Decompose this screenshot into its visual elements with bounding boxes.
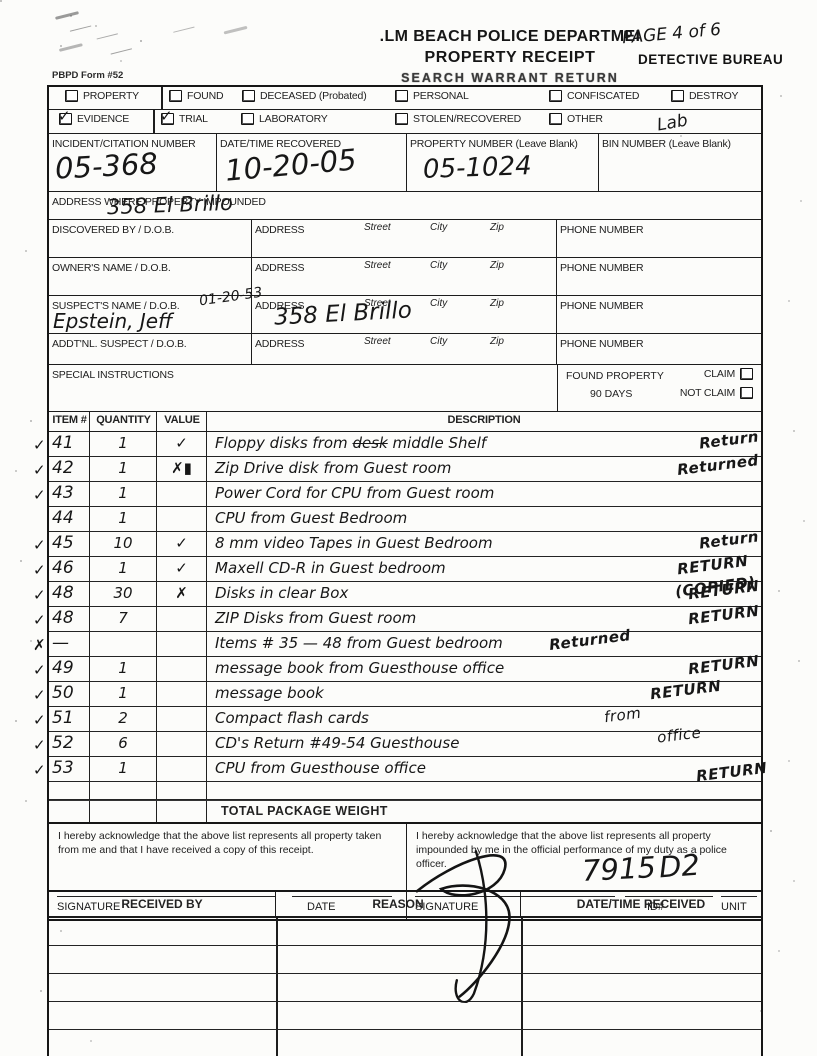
property-number-field: PROPERTY NUMBER (Leave Blank) 05-1024 [407,134,599,191]
scan-noise [0,0,2,2]
handwritten-continuation: from [603,702,643,728]
item-quantity: 2 [90,707,157,731]
item-quantity: 1 [90,507,157,531]
item-number: 48 [49,607,90,631]
checkbox-icon [549,90,562,102]
date-recovered-field: DATE/TIME RECOVERED 10-20-05 [217,134,407,191]
checkbox-icon [65,90,78,102]
item-row: ✓421✗▮Zip Drive disk from Guest roomRetu… [49,457,761,482]
checkbox-icon [395,113,408,125]
item-value [157,732,207,756]
detective-bureau-label: DETECTIVE BUREAU [638,52,783,67]
item-quantity: 1 [90,682,157,706]
item-description: ZIP Disks from Guest roomRETURN [207,607,761,631]
item-row: ✓501message bookRETURN [49,682,761,707]
checkbox-stolen-recovered: STOLEN/RECOVERED [395,113,521,125]
item-number: 52 [49,732,90,756]
item-description: Maxell CD-R in Guest bedroomRETURN (COPI… [207,557,761,581]
item-description: CD's Return #49-54 Guesthouseoffice [207,732,761,756]
checkbox-property: PROPERTY [65,90,139,102]
item-value [157,482,207,506]
item-quantity: 30 [90,582,157,606]
item-description: CPU from Guesthouse officeRETURN [207,757,761,781]
received-header-row: RECEIVED BY REASON DATE/TIME RECEIVED [49,892,761,918]
item-value: ✗▮ [157,457,207,481]
suspect-name-value: Epstein, Jeff [53,309,172,333]
item-row: 441CPU from Guest Bedroom [49,507,761,532]
description-header: DESCRIPTION [207,414,761,426]
item-quantity: 7 [90,607,157,631]
property-number-value: 05-1024 [423,151,533,185]
margin-checkmark: ✓ [33,609,46,631]
incident-number-field: INCIDENT/CITATION NUMBER 05-368 [49,134,217,191]
checkbox-laboratory: LABORATORY [241,113,328,125]
margin-checkmark: ✓ [33,534,46,556]
item-row: ✓461✓Maxell CD-R in Guest bedroomRETURN … [49,557,761,582]
received-by-header: RECEIVED BY [49,892,276,916]
item-number: 53 [49,757,90,781]
incident-number-value: 05-368 [54,146,158,185]
item-description: Zip Drive disk from Guest roomReturned [207,457,761,481]
property-receipt-form: PROPERTY FOUND DECEASED (Probated) PERSO… [47,85,763,921]
item-number: 43 [49,482,90,506]
officer-unit-value: D2 [658,848,701,885]
officer-signature-scribble [403,829,565,1014]
item-value: ✓ [157,432,207,456]
divider [153,110,155,133]
item-quantity [90,632,157,656]
checkbox-icon [395,90,408,102]
item-value [157,607,207,631]
item-value [157,707,207,731]
checkbox-icon [169,90,182,102]
checkbox-claim: CLAIM [704,368,753,380]
item-description: Power Cord for CPU from Guest room [207,482,761,506]
officer-id-value: 7915 [581,850,656,888]
discovered-by-row: DISCOVERED BY / D.O.B. ADDRESS Street Ci… [49,220,761,258]
margin-checkmark: ✓ [33,734,46,756]
special-instructions-row: SPECIAL INSTRUCTIONS FOUND PROPERTY 90 D… [49,365,761,412]
item-quantity: 1 [90,482,157,506]
suspect-row: SUSPECT'S NAME / D.O.B. 01-20-53 Epstein… [49,296,761,334]
item-value [157,507,207,531]
classification-row-1: PROPERTY FOUND DECEASED (Probated) PERSO… [49,87,761,110]
checkbox-not-claim: NOT CLAIM [680,387,753,399]
received-row [49,1030,761,1056]
item-number: 51 [49,707,90,731]
item-number: 45 [49,532,90,556]
item-quantity: 1 [90,432,157,456]
margin-checkmark: ✓ [33,709,46,731]
checkbox-trial: TRIAL✓ [161,113,208,125]
item-number: — [49,632,90,656]
item-value [157,657,207,681]
checkbox-deceased: DECEASED (Probated) [242,90,367,102]
item-number: 49 [49,657,90,681]
item-value: ✗ [157,582,207,606]
checkbox-other: OTHER [549,113,603,125]
checkbox-icon [671,90,684,102]
address-impounded-row: ADDRESS WHERE PROPERTY IMPOUNDED 358 El … [49,192,761,220]
item-description: CPU from Guest Bedroom [207,507,761,531]
item-number: 42 [49,457,90,481]
item-row: ✓491message book from Guesthouse officeR… [49,657,761,682]
item-quantity: 1 [90,757,157,781]
item-description: 8 mm video Tapes in Guest BedroomReturn [207,532,761,556]
item-row-empty [49,782,761,800]
item-description: message book from Guesthouse officeRETUR… [207,657,761,681]
ink-smudge [55,11,79,20]
item-value: ✓ [157,557,207,581]
item-row: ✓512Compact flash cardsfrom [49,707,761,732]
item-quantity: 1 [90,557,157,581]
item-quantity: 6 [90,732,157,756]
owner-row: OWNER'S NAME / D.O.B. ADDRESS Street Cit… [49,258,761,296]
total-package-weight-label: TOTAL PACKAGE WEIGHT [215,801,388,818]
item-value [157,632,207,656]
item-description: Floppy disks from desk middle ShelfRetur… [207,432,761,456]
quantity-header: QUANTITY [90,414,157,426]
item-quantity: 10 [90,532,157,556]
item-row: ✓526CD's Return #49-54 Guesthouseoffice [49,732,761,757]
checkbox-confiscated: CONFISCATED [549,90,639,102]
margin-checkmark: ✗ [33,634,46,656]
items-header-row: ITEM # QUANTITY VALUE DESCRIPTION [49,412,761,432]
item-row: ✓4830✗Disks in clear BoxRETURN [49,582,761,607]
scanned-property-receipt-page: PBPD Form #52 .LM BEACH POLICE DEPARTMEI… [0,0,817,1056]
handwritten-lab-note: Lab [655,110,689,135]
item-number: 50 [49,682,90,706]
value-header: VALUE [157,414,207,426]
margin-checkmark: ✓ [33,484,46,506]
item-row: ✓531CPU from Guesthouse officeRETURN [49,757,761,782]
item-row-struck: ✗—Items # 35 — 48 from Guest bedroomRetu… [49,632,761,657]
checkbox-icon [242,90,255,102]
item-number: 44 [49,507,90,531]
margin-checkmark: ✓ [33,434,46,456]
incident-info-row: INCIDENT/CITATION NUMBER 05-368 DATE/TIM… [49,134,761,192]
item-number: 41 [49,432,90,456]
checkbox-destroy: DESTROY [671,90,738,102]
address-impounded-value: 358 El Brillo [107,191,234,219]
checkbox-evidence: EVIDENCE✓ [59,113,129,125]
item-quantity: 1 [90,457,157,481]
item-row: ✓411✓Floppy disks from desk middle Shelf… [49,432,761,457]
form-number: PBPD Form #52 [52,70,123,81]
margin-checkmark: ✓ [33,559,46,581]
divider [161,87,163,109]
item-description: Items # 35 — 48 from Guest bedroomReturn… [207,632,761,656]
handwritten-office-note: office [655,721,702,748]
item-quantity: 1 [90,657,157,681]
item-number: 48 [49,582,90,606]
checkbox-icon [241,113,254,125]
item-value [157,757,207,781]
item-row: ✓487ZIP Disks from Guest roomRETURN [49,607,761,632]
item-value [157,682,207,706]
item-description: Disks in clear BoxRETURN [207,582,761,606]
classification-row-2: EVIDENCE✓ TRIAL✓ LABORATORY STOLEN/RECOV… [49,110,761,134]
item-number-header: ITEM # [49,414,90,426]
checkbox-found: FOUND [169,90,223,102]
margin-checkmark: ✓ [33,459,46,481]
bin-number-field: BIN NUMBER (Leave Blank) [599,134,761,191]
received-row [49,1002,761,1030]
item-number: 46 [49,557,90,581]
checkbox-icon [740,368,753,380]
margin-checkmark: ✓ [33,659,46,681]
additional-suspect-row: ADDT'NL. SUSPECT / D.O.B. ADDRESS Street… [49,334,761,365]
checkbox-personal: PERSONAL [395,90,469,102]
checkbox-icon [549,113,562,125]
item-value: ✓ [157,532,207,556]
found-property-label: FOUND PROPERTY [566,370,664,382]
margin-checkmark: ✓ [33,684,46,706]
total-package-weight-row: TOTAL PACKAGE WEIGHT [49,800,761,824]
item-row: ✓4510✓8 mm video Tapes in Guest BedroomR… [49,532,761,557]
checkbox-icon [740,387,753,399]
margin-checkmark: ✓ [33,584,46,606]
item-description: message bookRETURN [207,682,761,706]
received-row [49,918,761,946]
margin-checkmark: ✓ [33,759,46,781]
ninety-days-label: 90 DAYS [590,388,632,400]
item-row: ✓431Power Cord for CPU from Guest room [49,482,761,507]
